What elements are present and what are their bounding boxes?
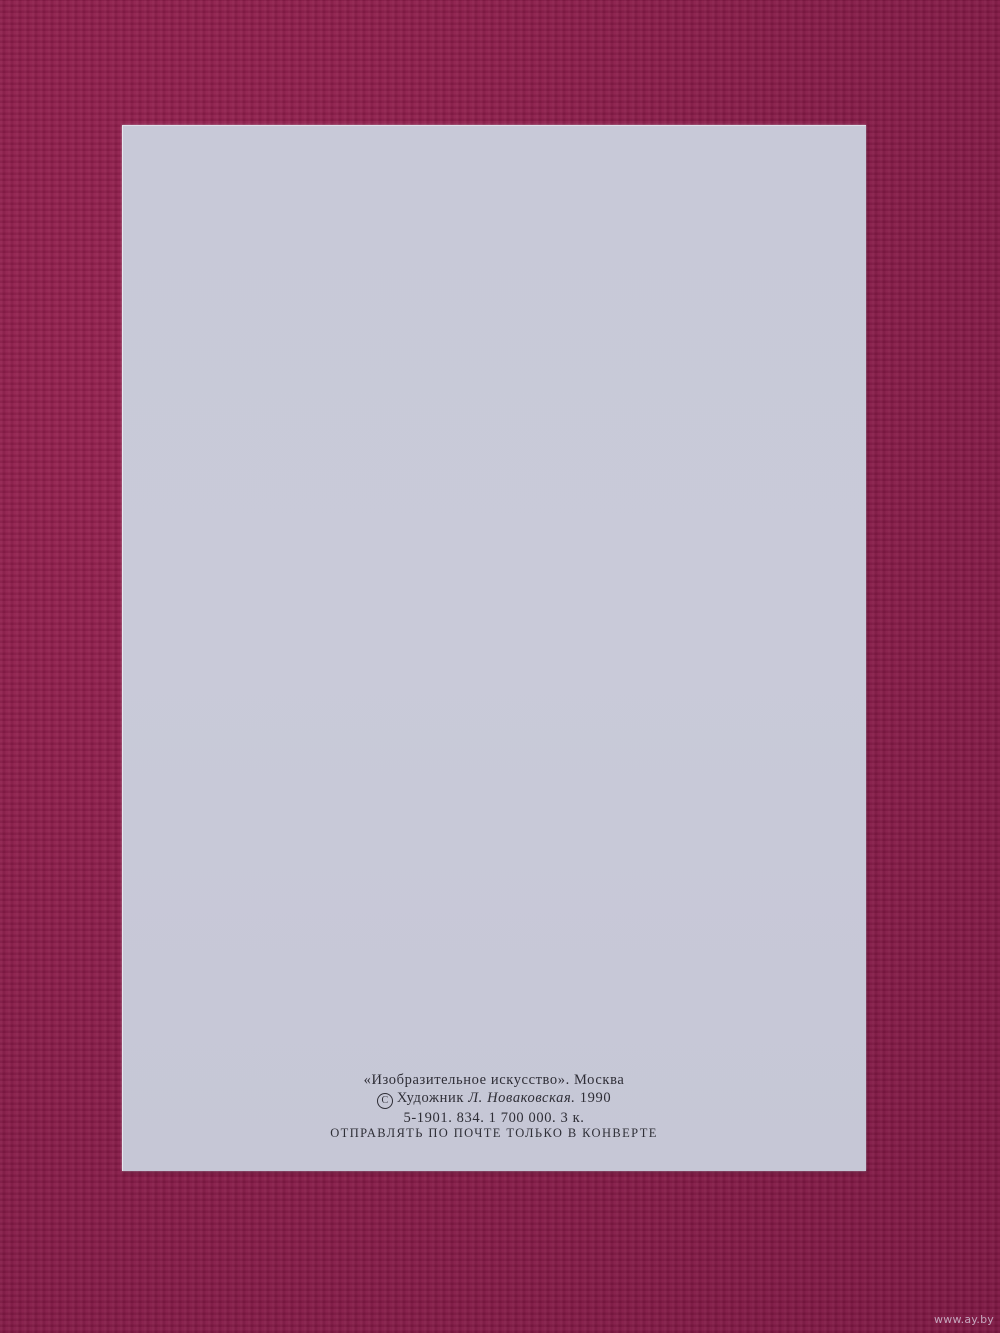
publisher-line: «Изобразительное искусство». Москва: [122, 1071, 866, 1089]
print-code: 5-1901. 834. 1 700 000. 3 к.: [122, 1109, 866, 1127]
year: 1990: [580, 1090, 611, 1106]
mailing-notice: ОТПРАВЛЯТЬ ПО ПОЧТЕ ТОЛЬКО В КОНВЕРТЕ: [122, 1126, 866, 1141]
artist-prefix: Художник: [397, 1090, 464, 1106]
postcard-back: «Изобразительное искусство». Москва CХуд…: [122, 125, 866, 1171]
site-watermark: www.ay.by: [934, 1313, 994, 1326]
artist-line: CХудожник Л. Новаковская. 1990: [122, 1089, 866, 1109]
card-edge-highlight: [122, 125, 866, 1171]
artist-name: Л. Новаковская.: [468, 1090, 575, 1106]
copyright-icon: C: [377, 1093, 393, 1109]
publisher-imprint: «Изобразительное искусство». Москва CХуд…: [122, 1071, 866, 1127]
